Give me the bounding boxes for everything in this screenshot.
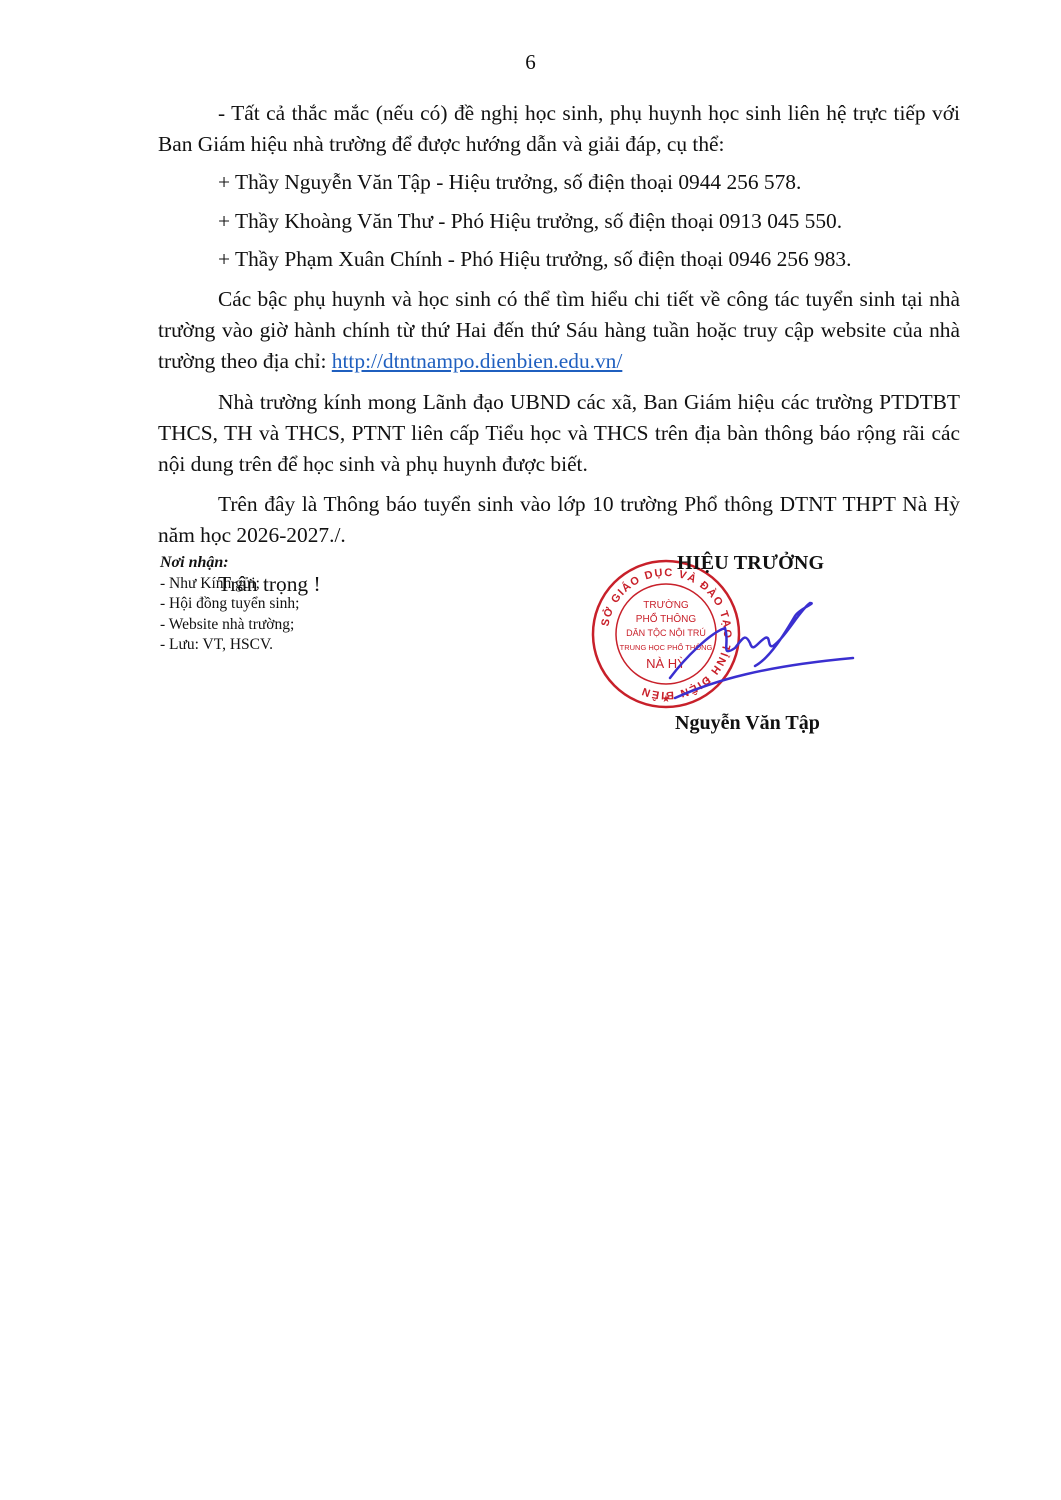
- request-paragraph: Nhà trường kính mong Lãnh đạo UBND các x…: [158, 387, 960, 481]
- conclusion-paragraph: Trên đây là Thông báo tuyển sinh vào lớp…: [158, 489, 960, 551]
- contact-intro-paragraph: - Tất cả thắc mắc (nếu có) đề nghị học s…: [158, 98, 960, 160]
- info-paragraph: Các bậc phụ huynh và học sinh có thể tìm…: [158, 284, 960, 378]
- handwritten-signature-icon: [585, 548, 875, 748]
- recipients-title: Nơi nhận:: [160, 553, 300, 574]
- signature-block: SỞ GIÁO DỤC VÀ ĐÀO TẠO TỈNH ĐIỆN BIÊN TR…: [585, 548, 875, 748]
- document-body: - Tất cả thắc mắc (nếu có) đề nghị học s…: [158, 98, 960, 600]
- contact-vice-principal-1: + Thầy Khoàng Văn Thư - Phó Hiệu trưởng,…: [158, 206, 960, 237]
- recipient-item: - Như Kính gửi;: [160, 574, 300, 595]
- contact-principal: + Thầy Nguyễn Văn Tập - Hiệu trưởng, số …: [158, 167, 960, 198]
- recipients-block: Nơi nhận: - Như Kính gửi; - Hội đồng tuy…: [160, 553, 300, 656]
- contact-vice-principal-2: + Thầy Phạm Xuân Chính - Phó Hiệu trưởng…: [158, 244, 960, 275]
- recipient-item: - Lưu: VT, HSCV.: [160, 635, 300, 656]
- website-link[interactable]: http://dtntnampo.dienbien.edu.vn/: [332, 349, 623, 373]
- recipient-item: - Website nhà trường;: [160, 615, 300, 636]
- page-number: 6: [0, 50, 1061, 75]
- recipient-item: - Hội đồng tuyển sinh;: [160, 594, 300, 615]
